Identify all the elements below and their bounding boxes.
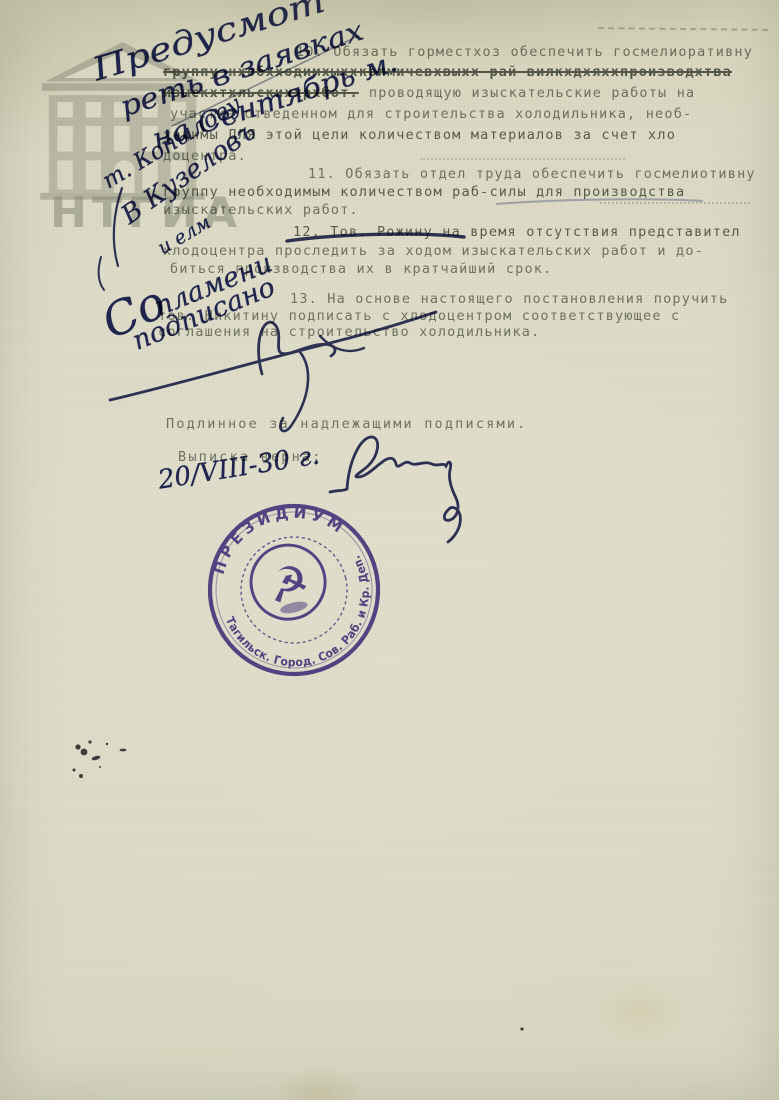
- typed-line-p13-3: соглашения на строительство холодильника…: [158, 324, 540, 340]
- typed-line-original-note: Подлинное за надлежащими подписями.: [166, 416, 527, 432]
- hammer-and-sickle-icon: ☭: [262, 553, 314, 615]
- ink-tick: [99, 257, 104, 290]
- scan-artifact-dashes: [420, 158, 625, 160]
- presidium-round-stamp: ☭ ПРЕЗИДИУМ Тагильск. Город. Сов. Раб. и…: [176, 490, 420, 704]
- typed-line-p12-1: 12. Тов. Рожину на время отсутствия пред…: [293, 224, 741, 240]
- ink-splatter: [73, 740, 524, 1030]
- scan-artifact-dashes: [600, 202, 750, 204]
- typed-line-p11-1: 11. Обязать отдел труда обеспечить госме…: [308, 166, 756, 182]
- document-scan: НТГИА 10. Обязать горместхоз обеспечить …: [0, 0, 779, 1100]
- typed-line-p13-1: 13. На основе настоящего постановления п…: [290, 291, 728, 307]
- typed-line-p11-3: изыскательских работ.: [163, 202, 359, 218]
- typed-line-p11-2: группу необходимым количеством раб-силы …: [163, 184, 685, 200]
- typed-fragment: проводящую изыскательские работы на: [369, 85, 695, 101]
- scan-artifact-dashes: [598, 27, 768, 31]
